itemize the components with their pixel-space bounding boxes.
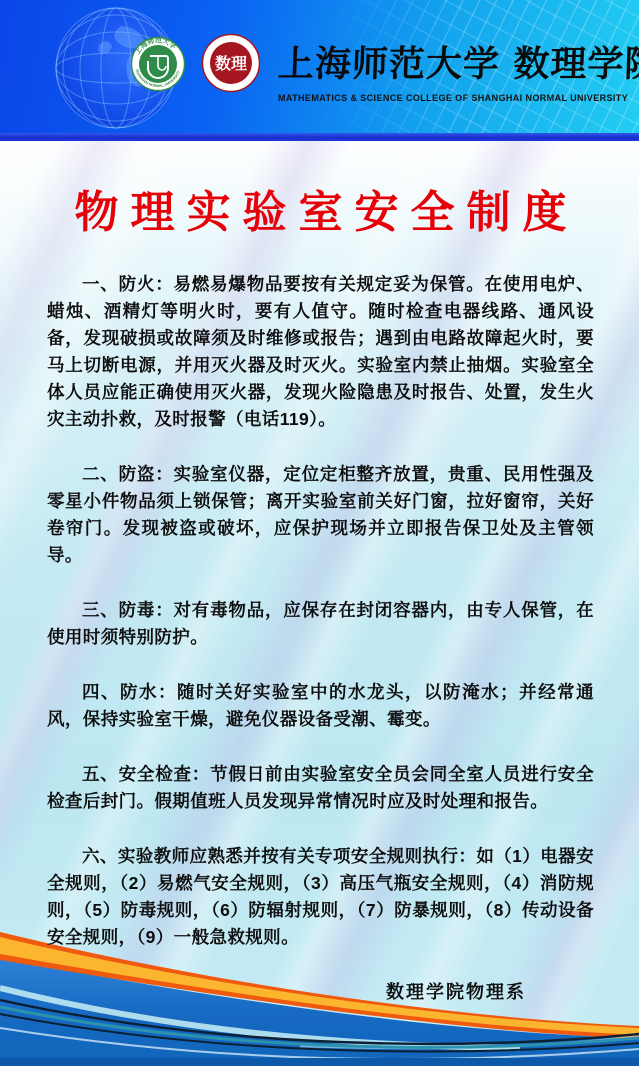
poster-title: 物理实验室安全制度 [47, 187, 594, 239]
rule-paragraph-inspection: 五、安全检查：节假日前由实验室安全员会同全室人员进行安全检查后封门。假期值班人员… [47, 761, 594, 815]
poster-body: 物理实验室安全制度 一、防火：易燃易爆物品要按有关规定妥为保管。在使用电炉、蜡烛… [0, 0, 639, 1006]
signature: 数理学院物理系 [47, 979, 594, 1006]
rule-paragraph-water: 四、防水：随时关好实验室中的水龙头，以防淹水；并经常通风，保持实验室干燥，避免仪… [47, 679, 594, 733]
poster-page: 上海师范大学 SHANGHAI NORMAL UNIVERSITY 数理 上海师… [0, 0, 639, 1066]
rule-paragraph-fire: 一、防火：易燃易爆物品要按有关规定妥为保管。在使用电炉、蜡烛、酒精灯等明火时，要… [47, 271, 594, 433]
rule-paragraph-theft: 二、防盗：实验室仪器，定位定柜整齐放置，贵重、民用性强及零星小件物品须上锁保管；… [47, 461, 594, 569]
rule-paragraph-special-rules: 六、实验教师应熟悉并按有关专项安全规则执行：如（1）电器安全规则，（2）易燃气安… [47, 843, 594, 951]
rule-paragraph-poison: 三、防毒：对有毒物品，应保存在封闭容器内，由专人保管，在使用时须特别防护。 [47, 597, 594, 651]
